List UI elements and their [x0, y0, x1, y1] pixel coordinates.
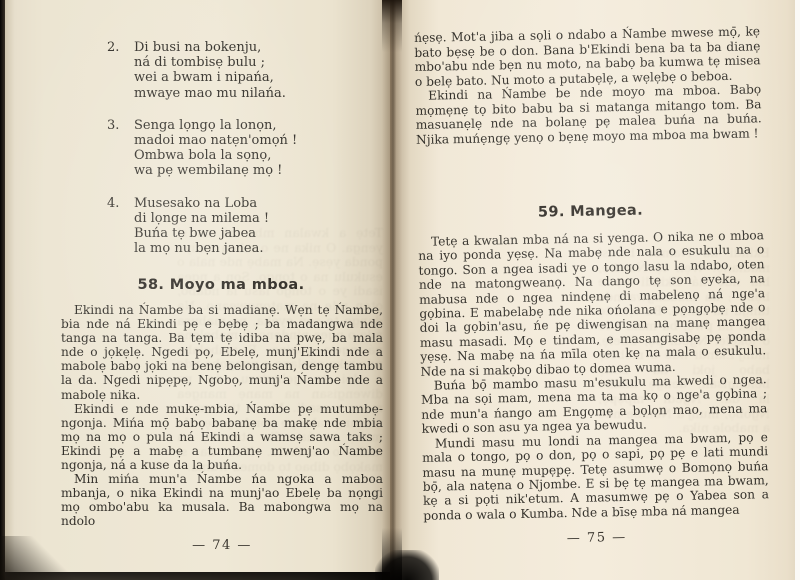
book-scan: Tetẹ a kwalan mba ná na si yenga. O nika… [0, 0, 800, 580]
verse-block: 2. Di busi na bokenju, ná di tombisẹ bul… [107, 40, 297, 273]
paragraph: ńẹsẹ. Mot'a jiba a sọli o ndabo a Ńambe … [414, 24, 761, 89]
verse-lines: Di busi na bokenju, ná di tombisẹ bulu ;… [134, 40, 286, 101]
paragraph: Ekindi e nde mukẹ-mbia, Ńambe pẹ mutumbẹ… [61, 402, 383, 472]
verse-line: ná di tombisẹ bulu ; [134, 55, 286, 70]
page-right: Ekindi na Ńambe ba si madianẹ. Wẹn tẹ Ńa… [390, 0, 795, 580]
verse-line: Ombwa bola la sọnọ, [134, 148, 297, 163]
paragraph: Mundi masu mu londi na mangea ma bwam, p… [422, 430, 770, 523]
verse-line: Musesako na Loba [134, 196, 269, 211]
verse-line: wei a bwam i nipańa, [134, 70, 286, 85]
paragraph: Min mińa mun'a Ńambe ńa ngoka a maboa mb… [61, 472, 383, 528]
left-page-paragraphs: Ekindi na Ńambe ba si madianẹ. Wẹn tẹ Ńa… [61, 303, 383, 529]
verse-lines: Musesako na Loba di lọnge na milema ! Bu… [134, 196, 269, 257]
section-heading-58: 58. Moyo ma mboa. [60, 277, 382, 293]
right-page-text-area: ńẹsẹ. Mot'a jiba a sọli o ndabo a Ńambe … [379, 0, 795, 580]
scan-edge-left [0, 0, 5, 580]
verse-lines: Senga lọngọ la lonọn, madoi mao natẹn'om… [134, 118, 297, 179]
paragraph: Buńa bọ̄ mambo masu m'esukulu ma kwedi o… [421, 372, 768, 436]
paragraph: Ekindi na Ńambe ba si madianẹ. Wẹn tẹ Ńa… [61, 303, 383, 402]
right-page-paragraphs: Tetẹ a kwalan mba ná na si yenga. O nika… [418, 228, 769, 523]
verse-line: madoi mao natẹn'omọń ! [134, 133, 297, 148]
verse-2: 2. Di busi na bokenju, ná di tombisẹ bul… [107, 40, 297, 101]
page-number-74: — 74 — [61, 538, 383, 553]
verse-line: mwaye mao mu nilańa. [134, 86, 286, 101]
verse-number: 3. [107, 118, 134, 179]
verse-4: 4. Musesako na Loba di lọnge na milema !… [107, 196, 297, 257]
verse-line: Di busi na bokenju, [134, 40, 286, 55]
right-page-top-paragraphs: ńẹsẹ. Mot'a jiba a sọli o ndabo a Ńambe … [414, 24, 762, 147]
verse-line: wa pẹ wembilanẹ mọ ! [134, 163, 297, 178]
verse-line: Senga lọngọ la lonọn, [134, 118, 297, 133]
verse-number: 2. [107, 40, 134, 101]
verse-number: 4. [107, 196, 134, 257]
paragraph: Tetẹ a kwalan mba ná na si yenga. O nika… [418, 228, 767, 379]
verse-3: 3. Senga lọngọ la lonọn, madoi mao natẹn… [107, 118, 297, 179]
scan-edge-right [795, 0, 800, 580]
page-number-75: — 75 — [424, 527, 770, 549]
page-left: Tetẹ a kwalan mba ná na si yenga. O nika… [5, 0, 390, 572]
section-heading-59: 59. Mangea. [417, 200, 763, 223]
paragraph: Ekindi na Ńambe be nde moyo ma mboa. Bab… [415, 82, 762, 147]
verse-line: di lọnge na milema ! [134, 211, 269, 226]
verse-line: la mọ nu bẹn janea. [134, 241, 269, 256]
verse-line: Buńa tẹ bwe jabea [134, 226, 269, 241]
